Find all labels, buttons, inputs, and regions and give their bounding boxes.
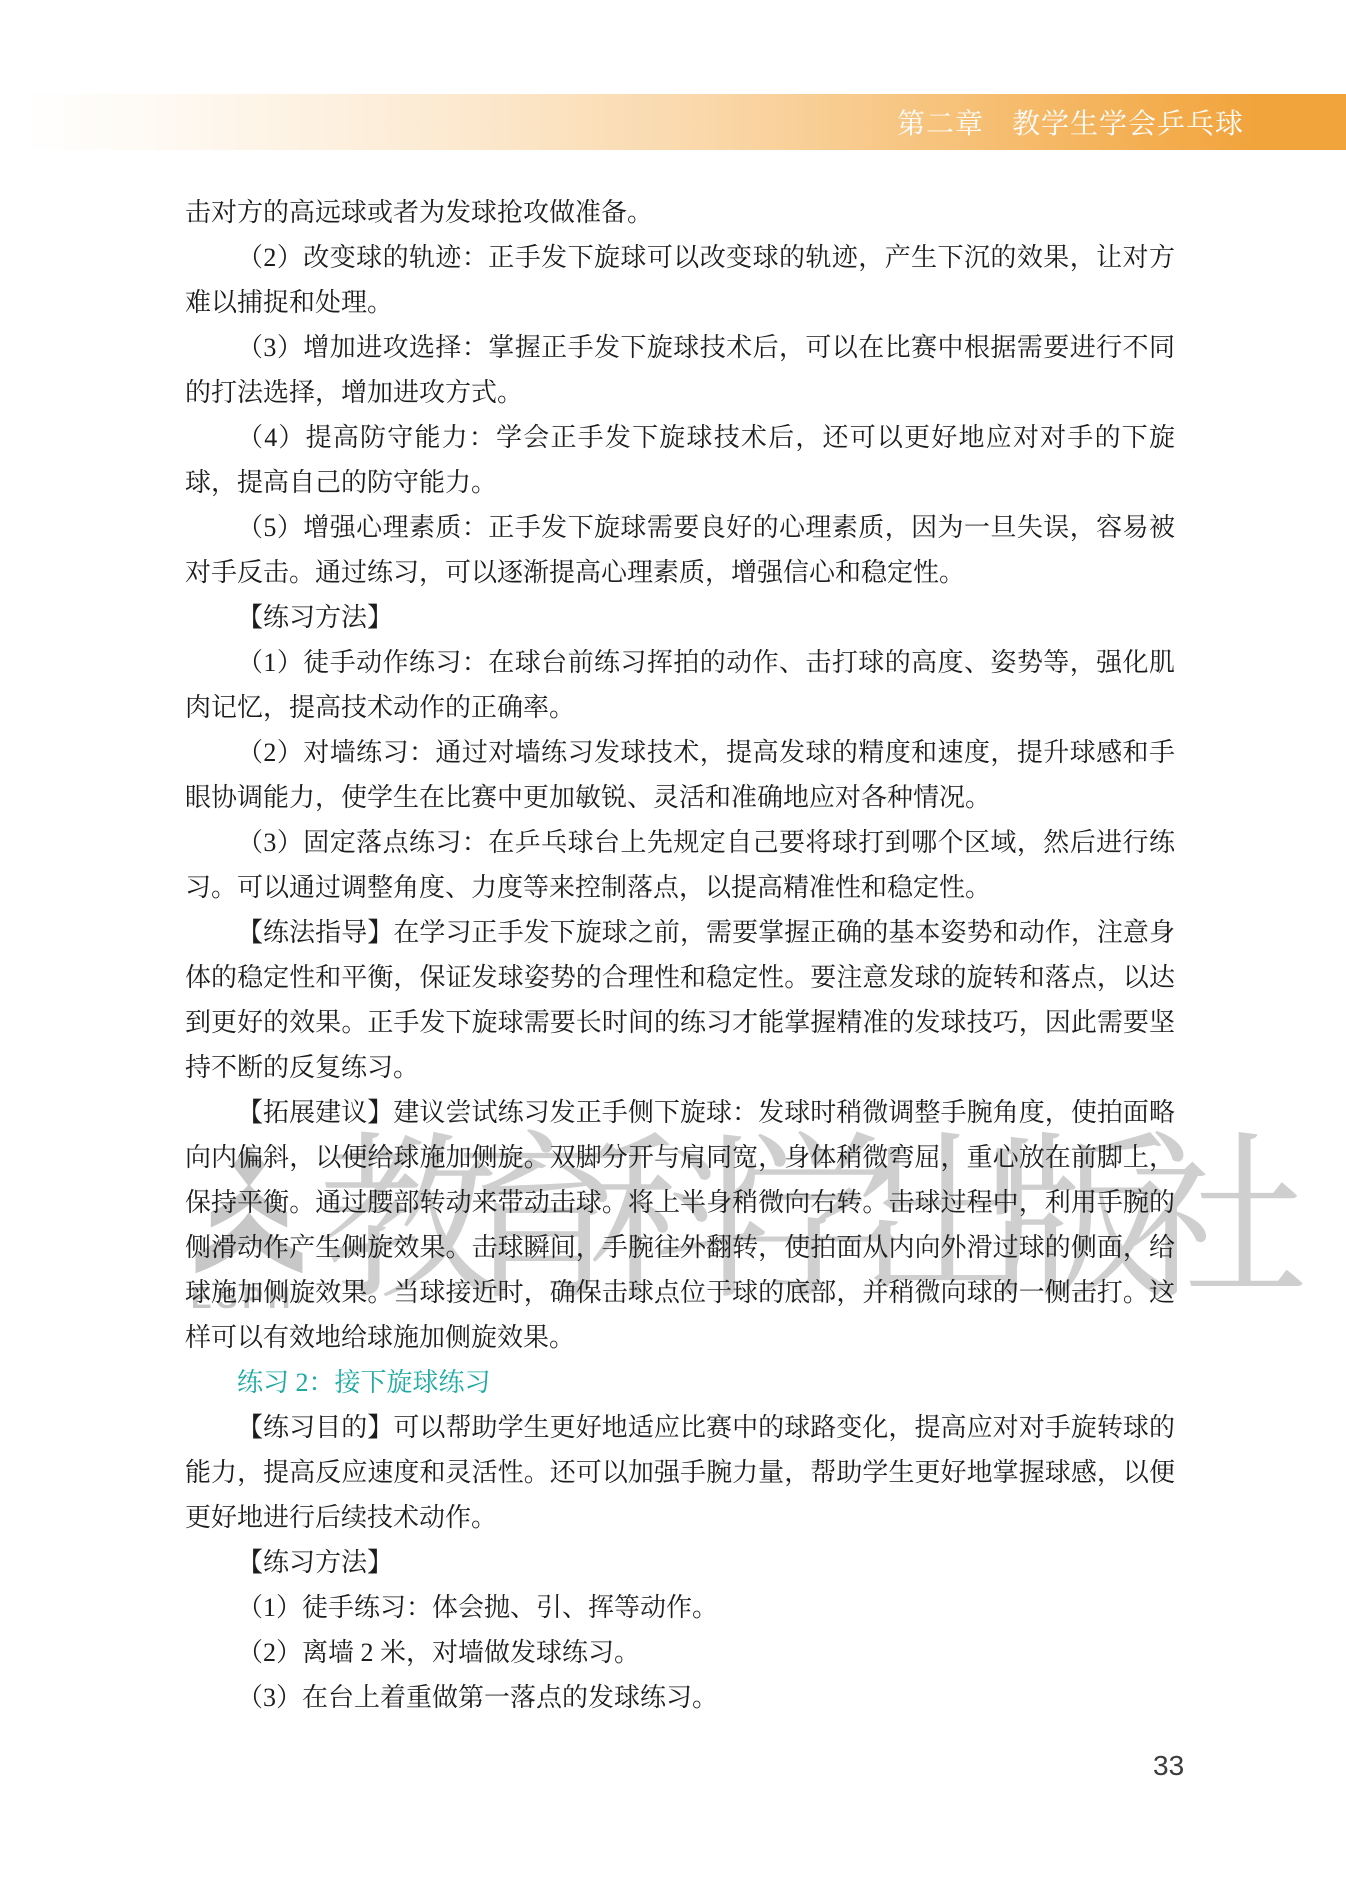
chapter-header-text: 第二章 教学生学会乒乓球 (897, 94, 1244, 150)
chapter-title: 教学生学会乒乓球 (1012, 102, 1244, 142)
body-text-column: 击对方的高远球或者为发球抢攻做准备。 （2）改变球的轨迹：正手发下旋球可以改变球… (185, 190, 1175, 1720)
paragraph: 击对方的高远球或者为发球抢攻做准备。 (185, 190, 1175, 235)
page-number: 33 (1153, 1750, 1184, 1782)
paragraph: 练习 2：接下旋球练习 (185, 1360, 1175, 1405)
book-page: 第二章 教学生学会乒乓球 ESPH 教育科学出版社 击对方的高远球或者为发球抢攻… (0, 0, 1346, 1885)
paragraph: （3）固定落点练习：在乒乓球台上先规定自己要将球打到哪个区域，然后进行练习。可以… (185, 820, 1175, 910)
chapter-header-band: 第二章 教学生学会乒乓球 (20, 94, 1346, 150)
paragraph: （3）在台上着重做第一落点的发球练习。 (185, 1675, 1175, 1720)
paragraph: （5）增强心理素质：正手发下旋球需要良好的心理素质，因为一旦失误，容易被对手反击… (185, 505, 1175, 595)
paragraph: （1）徒手动作练习：在球台前练习挥拍的动作、击打球的高度、姿势等，强化肌肉记忆，… (185, 640, 1175, 730)
paragraph: 【练习方法】 (185, 595, 1175, 640)
chapter-label: 第二章 (897, 102, 984, 142)
paragraph: （3）增加进攻选择：掌握正手发下旋球技术后，可以在比赛中根据需要进行不同的打法选… (185, 325, 1175, 415)
paragraph: （2）对墙练习：通过对墙练习发球技术，提高发球的精度和速度，提升球感和手眼协调能… (185, 730, 1175, 820)
paragraph: （1）徒手练习：体会抛、引、挥等动作。 (185, 1585, 1175, 1630)
paragraph: （2）离墙 2 米，对墙做发球练习。 (185, 1630, 1175, 1675)
paragraph: （4）提高防守能力：学会正手发下旋球技术后，还可以更好地应对对手的下旋球，提高自… (185, 415, 1175, 505)
paragraph: 【拓展建议】建议尝试练习发正手侧下旋球：发球时稍微调整手腕角度，使拍面略向内偏斜… (185, 1090, 1175, 1360)
paragraph: 【练习方法】 (185, 1540, 1175, 1585)
paragraph: 【练法指导】在学习正手发下旋球之前，需要掌握正确的基本姿势和动作，注意身体的稳定… (185, 910, 1175, 1090)
paragraph: 【练习目的】可以帮助学生更好地适应比赛中的球路变化，提高应对对手旋转球的能力，提… (185, 1405, 1175, 1540)
paragraph: （2）改变球的轨迹：正手发下旋球可以改变球的轨迹，产生下沉的效果，让对方难以捕捉… (185, 235, 1175, 325)
